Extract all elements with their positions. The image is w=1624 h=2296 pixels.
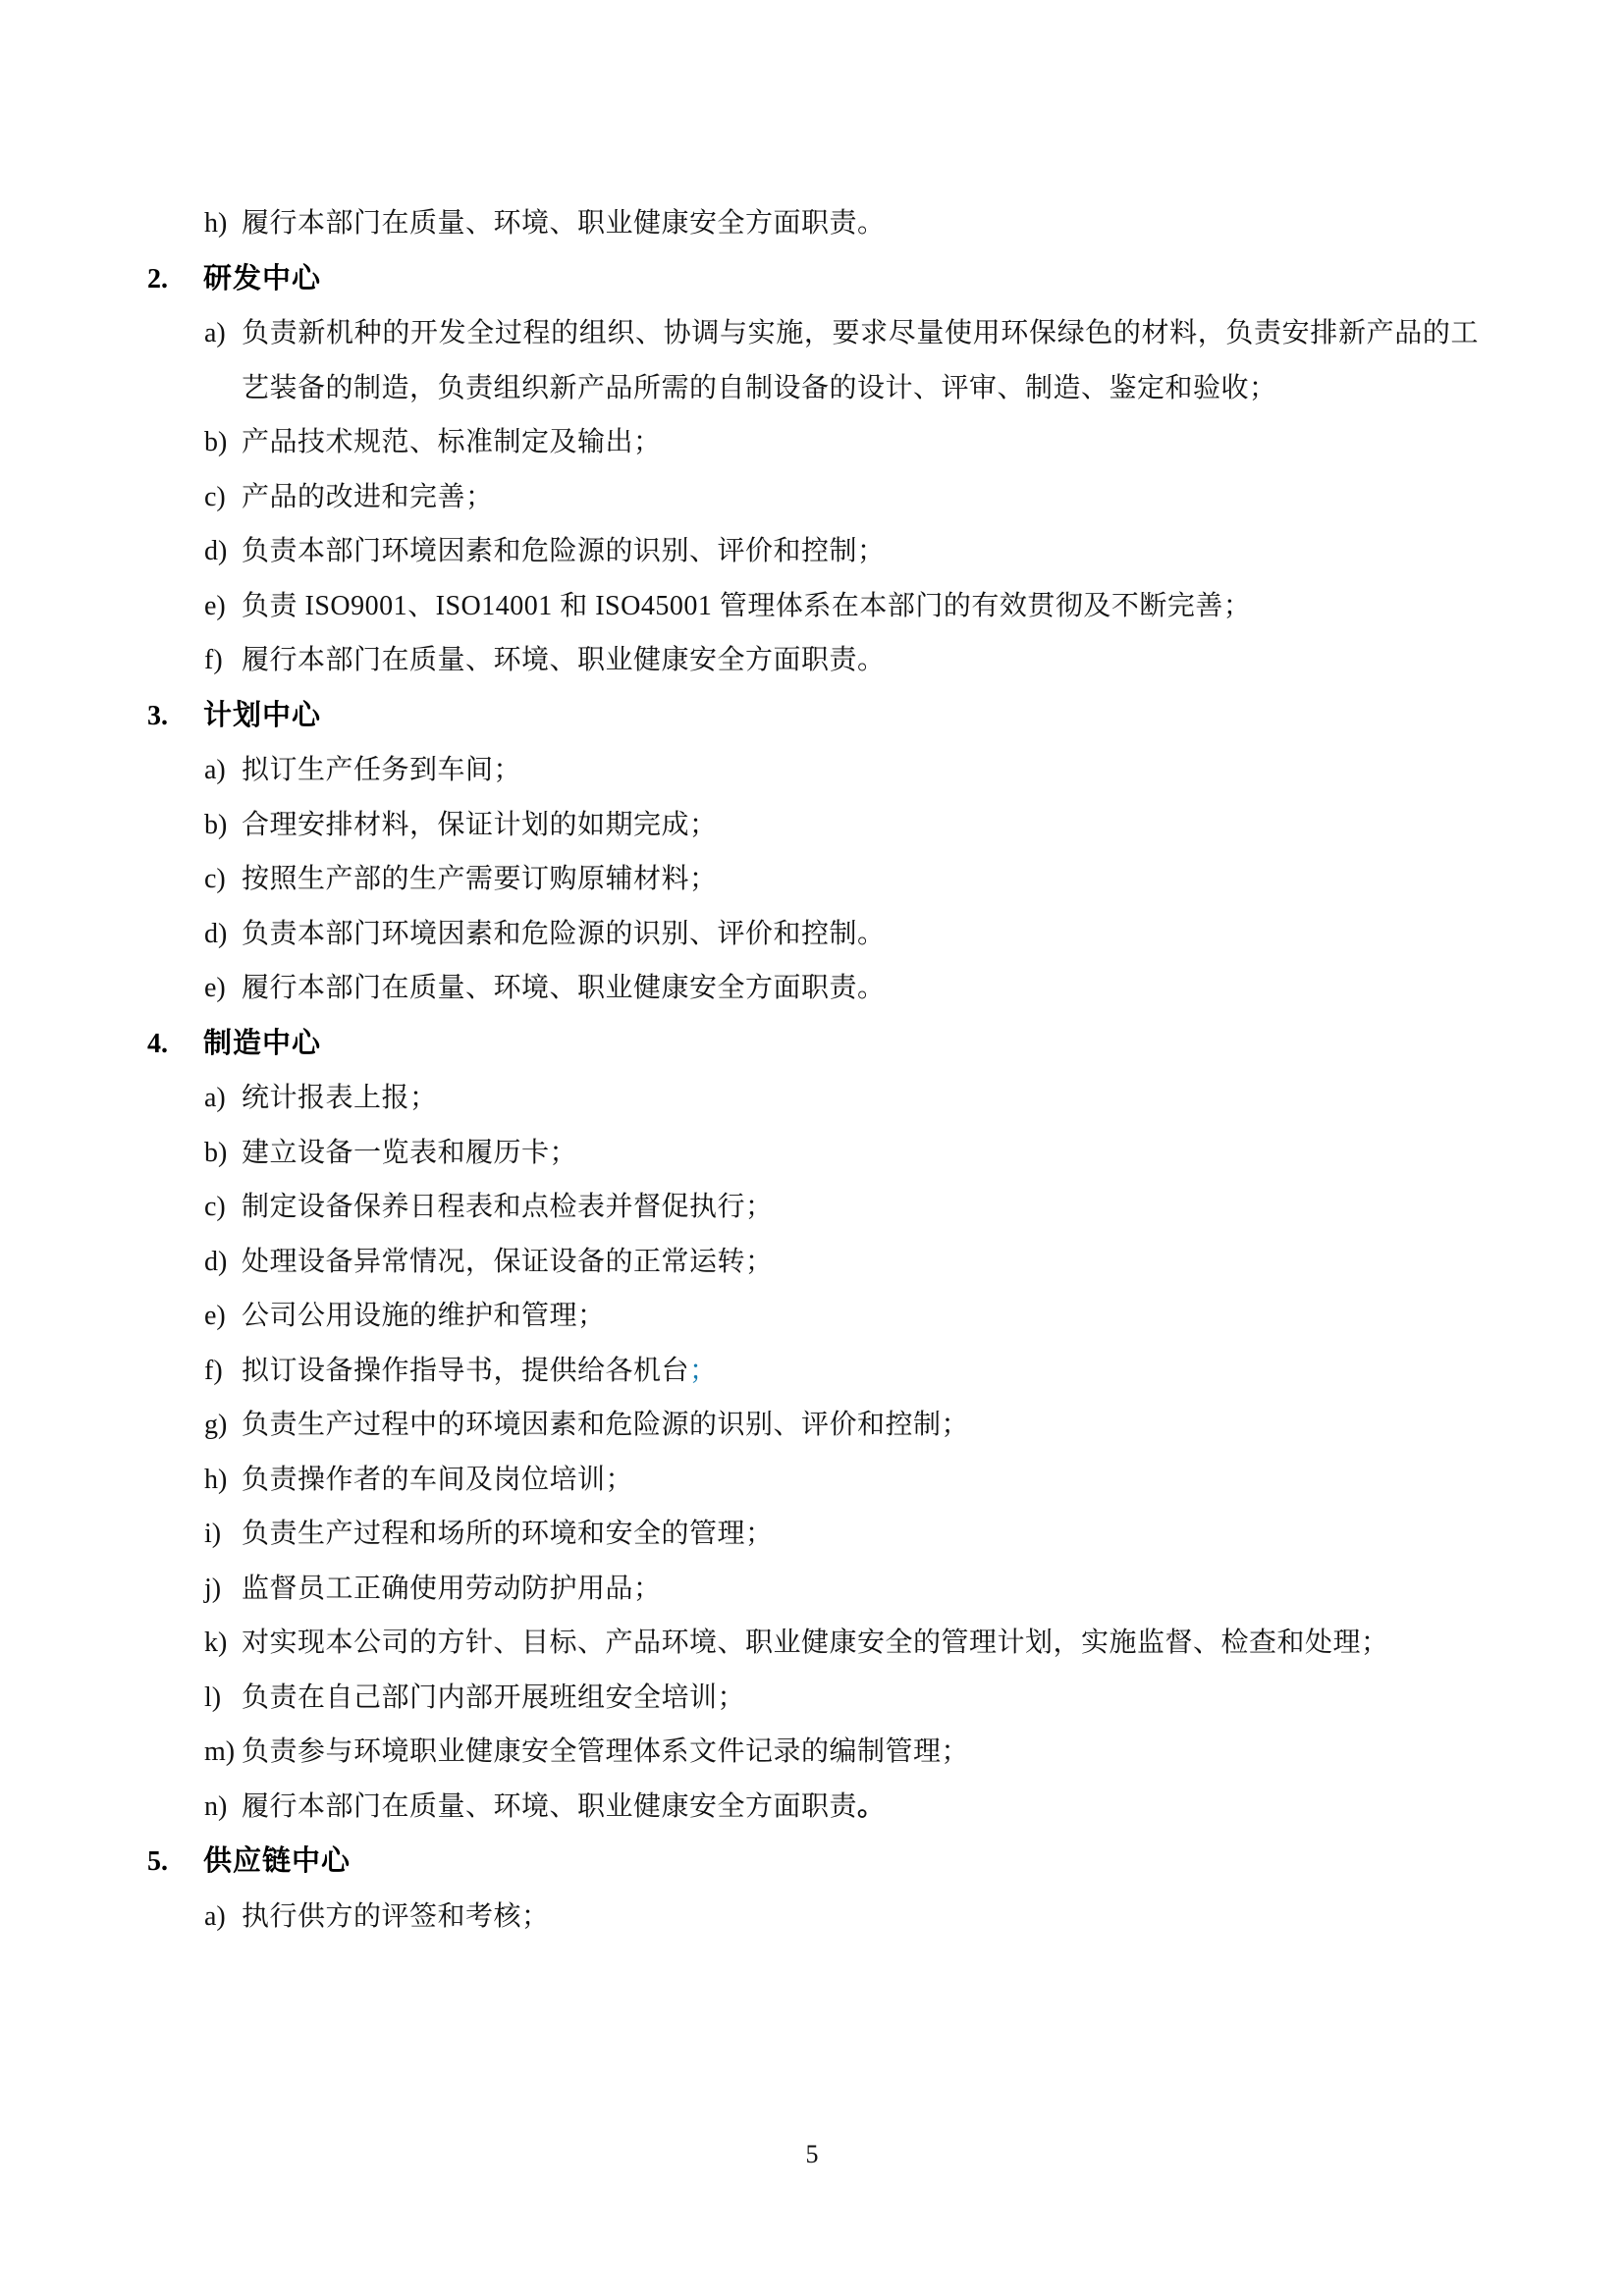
- item-letter: b): [204, 1126, 242, 1181]
- item-text: 负责操作者的车间及岗位培训；: [242, 1465, 633, 1495]
- section-heading: 5.供应链中心: [145, 1834, 1479, 1890]
- page-number: 5: [0, 2140, 1624, 2169]
- item-text: 履行本部门在质量、环境、职业健康安全方面职责。: [242, 645, 886, 675]
- list-item: f)履行本部门在质量、环境、职业健康安全方面职责。: [145, 633, 1479, 688]
- item-text: 负责本部门环境因素和危险源的识别、评价和控制；: [242, 536, 886, 566]
- item-text: 合理安排材料，保证计划的如期完成；: [242, 810, 718, 840]
- item-text: 履行本部门在质量、环境、职业健康安全方面职责: [242, 1791, 857, 1822]
- section-heading: 4.制造中心: [145, 1016, 1479, 1072]
- list-item: a)负责新机种的开发全过程的组织、协调与实施，要求尽量使用环保绿色的材料，负责安…: [145, 306, 1479, 415]
- section-number: 4.: [147, 1017, 203, 1072]
- list-item: b)合理安排材料，保证计划的如期完成；: [145, 798, 1479, 853]
- item-letter: d): [204, 1235, 242, 1290]
- item-text: 产品的改进和完善；: [242, 482, 494, 512]
- section-number: 3.: [147, 689, 203, 744]
- list-item: n)履行本部门在质量、环境、职业健康安全方面职责。: [145, 1780, 1479, 1835]
- item-letter: f): [204, 1344, 242, 1399]
- item-letter: d): [204, 524, 242, 579]
- item-letter: e): [204, 1289, 242, 1344]
- list-item: f)拟订设备操作指导书，提供给各机台；: [145, 1344, 1479, 1399]
- item-letter: h): [204, 1453, 242, 1508]
- list-item: c)产品的改进和完善；: [145, 470, 1479, 525]
- item-letter: a): [204, 1071, 242, 1126]
- document-body: h)履行本部门在质量、环境、职业健康安全方面职责。2.研发中心a)负责新机种的开…: [145, 196, 1479, 1944]
- item-letter: e): [204, 579, 242, 634]
- item-letter: l): [204, 1671, 242, 1726]
- list-item: c)按照生产部的生产需要订购原辅材料；: [145, 852, 1479, 907]
- section-title: 制造中心: [203, 1028, 321, 1059]
- item-letter: c): [204, 1180, 242, 1235]
- section-heading: 2.研发中心: [145, 251, 1479, 307]
- section-title: 研发中心: [203, 263, 321, 294]
- item-text: 负责本部门环境因素和危险源的识别、评价和控制。: [242, 919, 886, 949]
- item-text: 产品技术规范、标准制定及输出；: [242, 427, 662, 457]
- item-letter: j): [204, 1562, 242, 1617]
- item-text: 负责 ISO9001、ISO14001 和 ISO45001 管理体系在本部门的…: [242, 591, 1251, 621]
- item-text: 负责在自己部门内部开展班组安全培训；: [242, 1682, 745, 1713]
- item-letter: b): [204, 798, 242, 853]
- list-item: a)拟订生产任务到车间；: [145, 743, 1479, 798]
- item-text: 负责生产过程和场所的环境和安全的管理；: [242, 1519, 774, 1549]
- list-item: b)产品技术规范、标准制定及输出；: [145, 415, 1479, 470]
- list-item: h)履行本部门在质量、环境、职业健康安全方面职责。: [145, 196, 1479, 251]
- item-text: 对实现本公司的方针、目标、产品环境、职业健康安全的管理计划，实施监督、检查和处理…: [242, 1628, 1389, 1658]
- item-text: 公司公用设施的维护和管理；: [242, 1301, 606, 1331]
- item-text: 统计报表上报；: [242, 1083, 438, 1113]
- section-number: 2.: [147, 252, 203, 307]
- section-title: 计划中心: [203, 700, 321, 731]
- list-item: i)负责生产过程和场所的环境和安全的管理；: [145, 1507, 1479, 1562]
- list-item: d)负责本部门环境因素和危险源的识别、评价和控制。: [145, 907, 1479, 962]
- item-text: 负责参与环境职业健康安全管理体系文件记录的编制管理；: [242, 1736, 969, 1767]
- item-text: 履行本部门在质量、环境、职业健康安全方面职责。: [242, 973, 886, 1003]
- list-item: b)建立设备一览表和履历卡；: [145, 1126, 1479, 1181]
- item-letter: i): [204, 1507, 242, 1562]
- list-item: a)统计报表上报；: [145, 1071, 1479, 1126]
- item-suffix: ；: [689, 1356, 718, 1386]
- item-letter: b): [204, 415, 242, 470]
- list-item: g)负责生产过程中的环境因素和危险源的识别、评价和控制；: [145, 1398, 1479, 1453]
- list-item: e)公司公用设施的维护和管理；: [145, 1289, 1479, 1344]
- document-page: h)履行本部门在质量、环境、职业健康安全方面职责。2.研发中心a)负责新机种的开…: [0, 0, 1624, 2296]
- item-text: 履行本部门在质量、环境、职业健康安全方面职责。: [242, 208, 886, 239]
- item-letter: a): [204, 743, 242, 798]
- list-item: h)负责操作者的车间及岗位培训；: [145, 1453, 1479, 1508]
- item-letter: a): [204, 306, 242, 361]
- item-text: 负责新机种的开发全过程的组织、协调与实施，要求尽量使用环保绿色的材料，负责安排新…: [242, 318, 1479, 403]
- list-item: a)执行供方的评签和考核；: [145, 1890, 1479, 1945]
- list-item: d)处理设备异常情况，保证设备的正常运转；: [145, 1235, 1479, 1290]
- item-letter: a): [204, 1890, 242, 1945]
- item-suffix: 。: [857, 1791, 886, 1822]
- list-item: l)负责在自己部门内部开展班组安全培训；: [145, 1671, 1479, 1726]
- item-text: 监督员工正确使用劳动防护用品；: [242, 1574, 662, 1604]
- section-title: 供应链中心: [203, 1845, 351, 1877]
- list-item: m)负责参与环境职业健康安全管理体系文件记录的编制管理；: [145, 1725, 1479, 1780]
- list-item: e)负责 ISO9001、ISO14001 和 ISO45001 管理体系在本部…: [145, 579, 1479, 634]
- item-letter: h): [204, 196, 242, 251]
- section-heading: 3.计划中心: [145, 688, 1479, 744]
- list-item: c)制定设备保养日程表和点检表并督促执行；: [145, 1180, 1479, 1235]
- item-text: 处理设备异常情况，保证设备的正常运转；: [242, 1247, 774, 1277]
- item-text: 按照生产部的生产需要订购原辅材料；: [242, 864, 718, 894]
- item-letter: m): [204, 1725, 242, 1780]
- list-item: j)监督员工正确使用劳动防护用品；: [145, 1562, 1479, 1617]
- item-text: 建立设备一览表和履历卡；: [242, 1138, 577, 1168]
- item-letter: e): [204, 961, 242, 1016]
- item-letter: n): [204, 1780, 242, 1835]
- section-number: 5.: [147, 1835, 203, 1890]
- item-text: 拟订设备操作指导书，提供给各机台: [242, 1356, 689, 1386]
- list-item: k)对实现本公司的方针、目标、产品环境、职业健康安全的管理计划，实施监督、检查和…: [145, 1616, 1479, 1671]
- item-letter: f): [204, 633, 242, 688]
- item-letter: d): [204, 907, 242, 962]
- item-text: 制定设备保养日程表和点检表并督促执行；: [242, 1192, 774, 1222]
- list-item: e)履行本部门在质量、环境、职业健康安全方面职责。: [145, 961, 1479, 1016]
- item-letter: k): [204, 1616, 242, 1671]
- item-letter: c): [204, 852, 242, 907]
- item-text: 执行供方的评签和考核；: [242, 1901, 550, 1932]
- item-letter: c): [204, 470, 242, 525]
- item-text: 负责生产过程中的环境因素和危险源的识别、评价和控制；: [242, 1410, 969, 1440]
- list-item: d)负责本部门环境因素和危险源的识别、评价和控制；: [145, 524, 1479, 579]
- item-text: 拟订生产任务到车间；: [242, 755, 521, 785]
- item-letter: g): [204, 1398, 242, 1453]
